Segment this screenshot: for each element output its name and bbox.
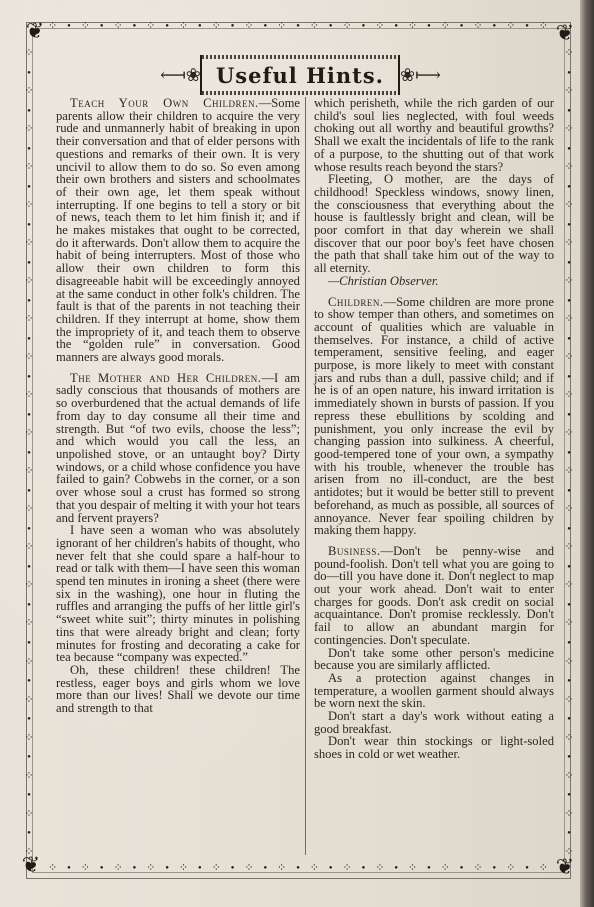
diamond-dot-ornament-icon: ⁘	[342, 863, 351, 874]
paragraph: Fleeting, O mother, are the days of chil…	[314, 173, 554, 275]
floral-corner-icon: ❦	[548, 16, 582, 50]
floral-corner-icon: ❦	[14, 848, 48, 882]
paragraph: —Don't be penny-wise and pound-foolish. …	[314, 544, 554, 647]
paragraph: As a protection against changes in tempe…	[314, 672, 554, 710]
diamond-dot-ornament-icon: ⁘	[277, 863, 286, 874]
diamond-dot-ornament-icon: ⁘	[212, 863, 221, 874]
diamond-dot-ornament-icon: ⁘	[244, 21, 253, 32]
floral-corner-icon: ❦	[548, 850, 582, 884]
diamond-dot-ornament-icon: ⁘	[441, 21, 450, 32]
paragraph: —Some children are more prone to show te…	[314, 295, 554, 538]
diamond-dot-ornament-icon: ⁘	[375, 21, 384, 32]
diamond-dot-ornament-icon: ⁘	[441, 863, 450, 874]
paragraph: Don't start a day's work without eating …	[314, 710, 554, 735]
diamond-dot-ornament-icon: ⁘	[310, 21, 319, 32]
diamond-dot-ornament-icon: ⁘	[375, 863, 384, 874]
ornamental-border-left: ⁘●⁘● ⁘●⁘● ⁘●⁘● ⁘●⁘● ⁘●⁘● ⁘●⁘● ⁘●⁘● ⁘●⁘● …	[23, 48, 35, 858]
floral-corner-icon: ❦	[18, 14, 52, 48]
diamond-dot-ornament-icon: ⁘	[81, 863, 90, 874]
right-column: which perisheth, while the rich garden o…	[305, 97, 554, 855]
diamond-dot-ornament-icon: ⁘	[277, 21, 286, 32]
ornamental-border-bottom: ⁘● ⁘● ⁘● ⁘● ⁘● ⁘● ⁘● ⁘● ⁘● ⁘● ⁘● ⁘● ⁘● ⁘…	[48, 862, 548, 874]
diamond-dot-ornament-icon: ⁘	[244, 863, 253, 874]
section-mother-and-her-children: The Mother and Her Children.—I am sadly …	[56, 372, 300, 524]
paragraph-continued: which perisheth, while the rich garden o…	[314, 97, 554, 173]
section-teach-your-own-children: Teach Your Own Children.—Some parents al…	[56, 97, 300, 364]
page-title: Useful Hints.	[216, 63, 384, 88]
diamond-dot-ornament-icon: ⁘	[113, 863, 122, 874]
diamond-dot-ornament-icon: ⁘	[81, 21, 90, 32]
diamond-dot-ornament-icon: ⁘	[179, 21, 188, 32]
diamond-dot-ornament-icon: ⁘	[342, 21, 351, 32]
ornamental-border-top: ⁘● ⁘● ⁘● ⁘● ⁘● ⁘● ⁘● ⁘● ⁘● ⁘● ⁘● ⁘● ⁘● ⁘…	[48, 20, 548, 32]
paragraph: —Some parents allow their children to ac…	[56, 96, 300, 364]
diamond-dot-ornament-icon: ⁘	[473, 21, 482, 32]
diamond-dot-ornament-icon: ⁘	[146, 21, 155, 32]
section-business: Business.—Don't be penny-wise and pound-…	[314, 545, 554, 647]
paragraph: —I am sadly conscious that thousands of …	[56, 371, 300, 525]
book-page: ⁘● ⁘● ⁘● ⁘● ⁘● ⁘● ⁘● ⁘● ⁘● ⁘● ⁘● ⁘● ⁘● ⁘…	[0, 0, 594, 907]
diamond-dot-ornament-icon: ⁘	[506, 863, 515, 874]
attribution: —Christian Observer.	[314, 275, 554, 288]
diamond-dot-ornament-icon: ⁘	[408, 863, 417, 874]
diamond-dot-ornament-icon: ⁘	[113, 21, 122, 32]
diamond-dot-ornament-icon: ⁘	[473, 863, 482, 874]
fleur-flourish-left-icon: ⟻❀	[160, 65, 200, 86]
diamond-dot-ornament-icon: ⁘	[212, 21, 221, 32]
paragraph: Oh, these children! these children! The …	[56, 664, 300, 715]
left-column: Teach Your Own Children.—Some parents al…	[56, 97, 305, 855]
ornamental-border-right: ⁘●⁘● ⁘●⁘● ⁘●⁘● ⁘●⁘● ⁘●⁘● ⁘●⁘● ⁘●⁘● ⁘●⁘● …	[563, 48, 575, 858]
diamond-dot-ornament-icon: ⁘	[48, 863, 57, 874]
diamond-dot-ornament-icon: ⁘	[146, 863, 155, 874]
diamond-dot-ornament-icon: ⁘	[539, 863, 548, 874]
paragraph: I have seen a woman who was absolutely i…	[56, 524, 300, 664]
paragraph: Don't take some other person's medicine …	[314, 647, 554, 672]
title-cartouche: Useful Hints.	[200, 55, 400, 95]
page-heading: ⟻❀ Useful Hints. ❀⟼	[155, 52, 445, 98]
diamond-dot-ornament-icon: ⁘	[179, 863, 188, 874]
article-columns: Teach Your Own Children.—Some parents al…	[56, 97, 554, 855]
book-spine-shadow	[580, 0, 594, 907]
diamond-dot-ornament-icon: ⁘	[506, 21, 515, 32]
diamond-dot-ornament-icon: ⁘	[408, 21, 417, 32]
section-children: Children.—Some children are more prone t…	[314, 296, 554, 537]
fleur-flourish-right-icon: ❀⟼	[400, 65, 440, 86]
diamond-dot-ornament-icon: ⁘	[539, 21, 548, 32]
paragraph: Don't wear thin stockings or light-soled…	[314, 735, 554, 760]
diamond-dot-ornament-icon: ⁘	[310, 863, 319, 874]
